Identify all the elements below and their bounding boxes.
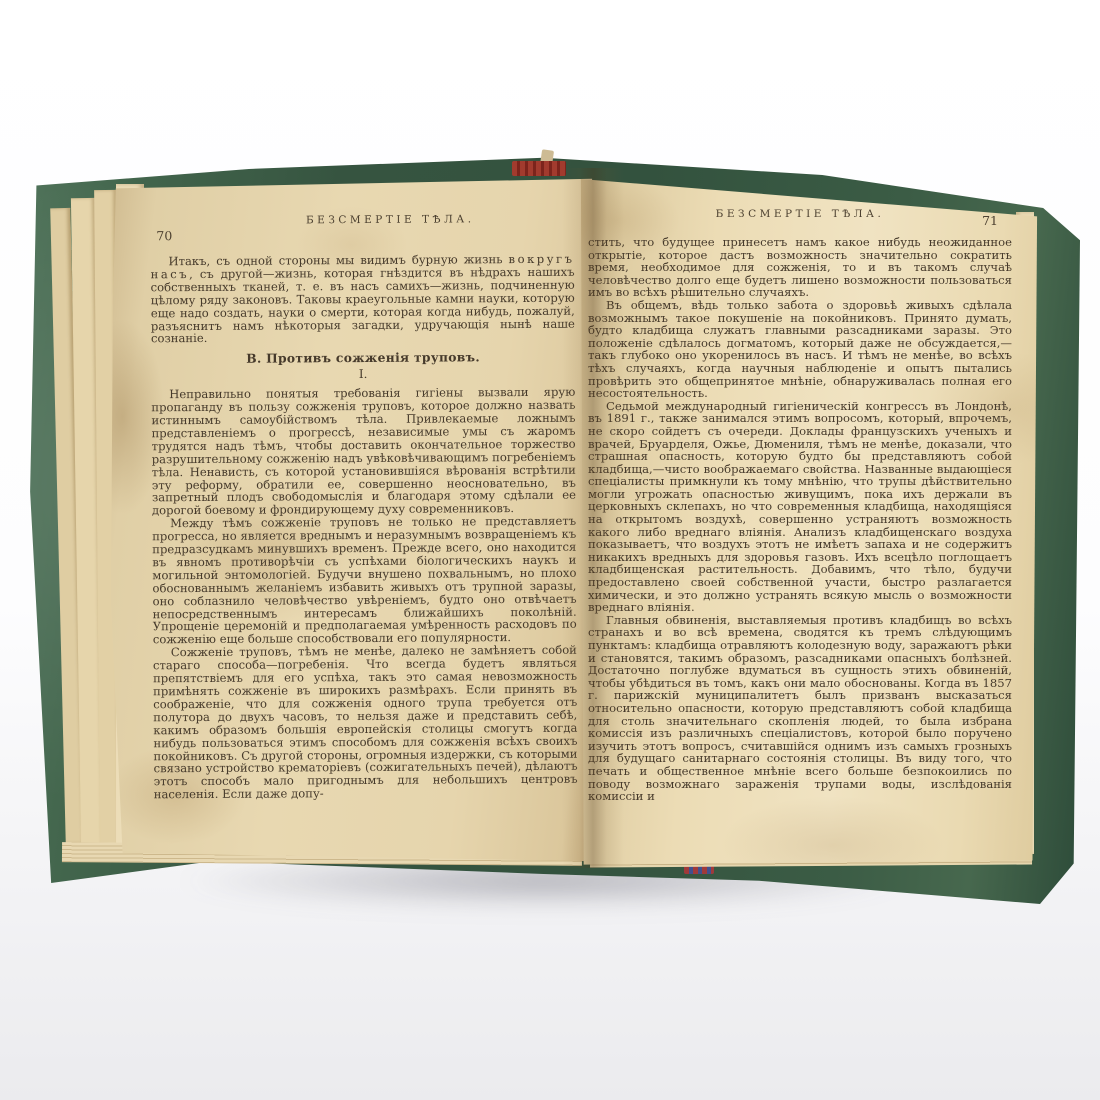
paragraph: Неправильно понятыя требованія гигіены в… [151,386,576,518]
right-page-text: 71 БЕЗСМЕРТІЕ ТѢЛА. стить, что будущее п… [588,208,1012,803]
page-number: 71 [982,213,998,228]
running-head: БЕЗСМЕРТІЕ ТѢЛА. [178,213,602,228]
left-page-header: 70 БЕЗСМЕРТІЕ ТѢЛА. [150,213,574,256]
left-page-body: Итакъ, съ одной стороны мы видимъ бурную… [150,253,577,802]
paragraph: Главныя обвиненія, выставляемыя противъ … [588,614,1012,803]
right-page: 71 БЕЗСМЕРТІЕ ТѢЛА. стить, что будущее п… [580,172,1038,866]
section-heading: В. Противъ сожженія труповъ. [151,351,575,366]
photo-background: 70 БЕЗСМЕРТІЕ ТѢЛА. Итакъ, съ одной стор… [0,0,1100,1100]
left-page: 70 БЕЗСМЕРТІЕ ТѢЛА. Итакъ, съ одной стор… [108,176,594,864]
paragraph-text: , съ другой—жизнь, которая гнѣздится въ … [151,265,575,346]
running-head: БЕЗСМЕРТІЕ ТѢЛА. [588,208,1012,220]
headband-top [512,161,566,176]
page-number: 70 [156,228,172,243]
paragraph: Между тѣмъ сожженіе труповъ не только не… [152,515,577,647]
paragraph: Итакъ, съ одной стороны мы видимъ бурную… [150,253,575,346]
left-page-text: 70 БЕЗСМЕРТІЕ ТѢЛА. Итакъ, съ одной стор… [150,213,578,802]
paragraph: стить, что будущее принесетъ намъ какое … [588,236,1012,299]
paragraph: Седьмой международный гигіеническій конг… [588,400,1012,614]
right-page-header: 71 БЕЗСМЕРТІЕ ТѢЛА. [588,208,1012,236]
paragraph: Сожженіе труповъ, тѣмъ не менѣе, далеко … [153,644,578,801]
section-numeral: I. [151,367,575,382]
paragraph: Въ общемъ, вѣдь только забота о здоровьѣ… [588,299,1012,400]
right-page-body: стить, что будущее принесетъ намъ какое … [588,236,1012,803]
